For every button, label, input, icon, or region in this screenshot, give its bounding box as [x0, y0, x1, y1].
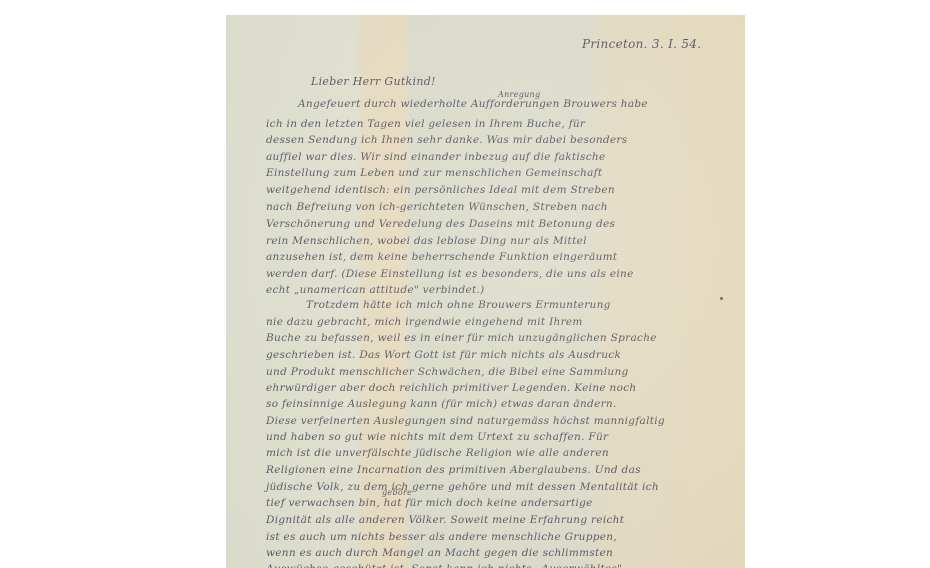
letter-line: dessen Sendung ich Ihnen sehr danke. Was… [266, 134, 627, 146]
letter-line: Diese verfeinerten Auslegungen sind natu… [266, 415, 665, 427]
letter-line: ist es auch um nichts besser als andere … [266, 531, 617, 543]
letter-line: nie dazu gebracht, mich irgendwie eingeh… [266, 316, 583, 328]
letter-line: Trotzdem hätte ich mich ohne Brouwers Er… [306, 299, 611, 311]
dateline: Princeton. 3. I. 54. [582, 37, 701, 51]
letter-line: auffiel war dies. Wir sind einander inbe… [266, 151, 605, 163]
letter-line: weitgehend identisch: ein persönliches I… [266, 184, 615, 196]
letter-line: Auswüchse geschützt ist. Sonst kann ich … [266, 563, 622, 568]
ink-spot [720, 297, 723, 300]
letter-line: Einstellung zum Leben und zur menschlich… [266, 167, 602, 179]
letter-line: werden darf. (Diese Einstellung ist es b… [266, 268, 634, 280]
letter-line: Dignität als alle anderen Völker. Soweit… [266, 514, 624, 526]
letter-line: tief verwachsen bin, hat für mich doch k… [266, 497, 593, 509]
letter-line: und haben so gut wie nichts mit dem Urte… [266, 431, 608, 443]
letter-line: anzusehen ist, dem keine beherrschende F… [266, 251, 617, 263]
letter-line: rein Menschlichen, wobei das leblose Din… [266, 235, 587, 247]
letter-line: so feinsinnige Auslegung kann (für mich)… [266, 398, 617, 410]
letter-line: wenn es auch durch Mangel an Macht gegen… [266, 547, 613, 559]
letter-line: nach Befreiung von ich-gerichteten Wünsc… [266, 201, 608, 213]
letter-line: echt „unamerican attitude" verbindet.) [266, 284, 485, 296]
letter-line: Angefeuert durch wiederholte Aufforderun… [298, 98, 648, 110]
letter-line: ehrwürdiger aber doch reichlich primitiv… [266, 382, 636, 394]
letter-line: Verschönerung und Veredelung des Daseins… [266, 218, 615, 230]
letter-line: und Produkt menschlicher Schwächen, die … [266, 366, 629, 378]
letter-line: geschrieben ist. Das Wort Gott ist für m… [266, 349, 621, 361]
letter-line: mich ist die unverfälschte jüdische Reli… [266, 447, 609, 459]
letter-line: ich in den letzten Tagen viel gelesen in… [266, 118, 585, 130]
salutation: Lieber Herr Gutkind! [311, 75, 436, 88]
letter-page: Princeton. 3. I. 54. Lieber Herr Gutkind… [226, 15, 745, 568]
letter-line: Religionen eine Incarnation des primitiv… [266, 464, 641, 476]
letter-line: Buche zu befassen, weil es in einer für … [266, 332, 657, 344]
letter-line: jüdische Volk, zu dem ich gerne gehöre u… [266, 481, 659, 493]
